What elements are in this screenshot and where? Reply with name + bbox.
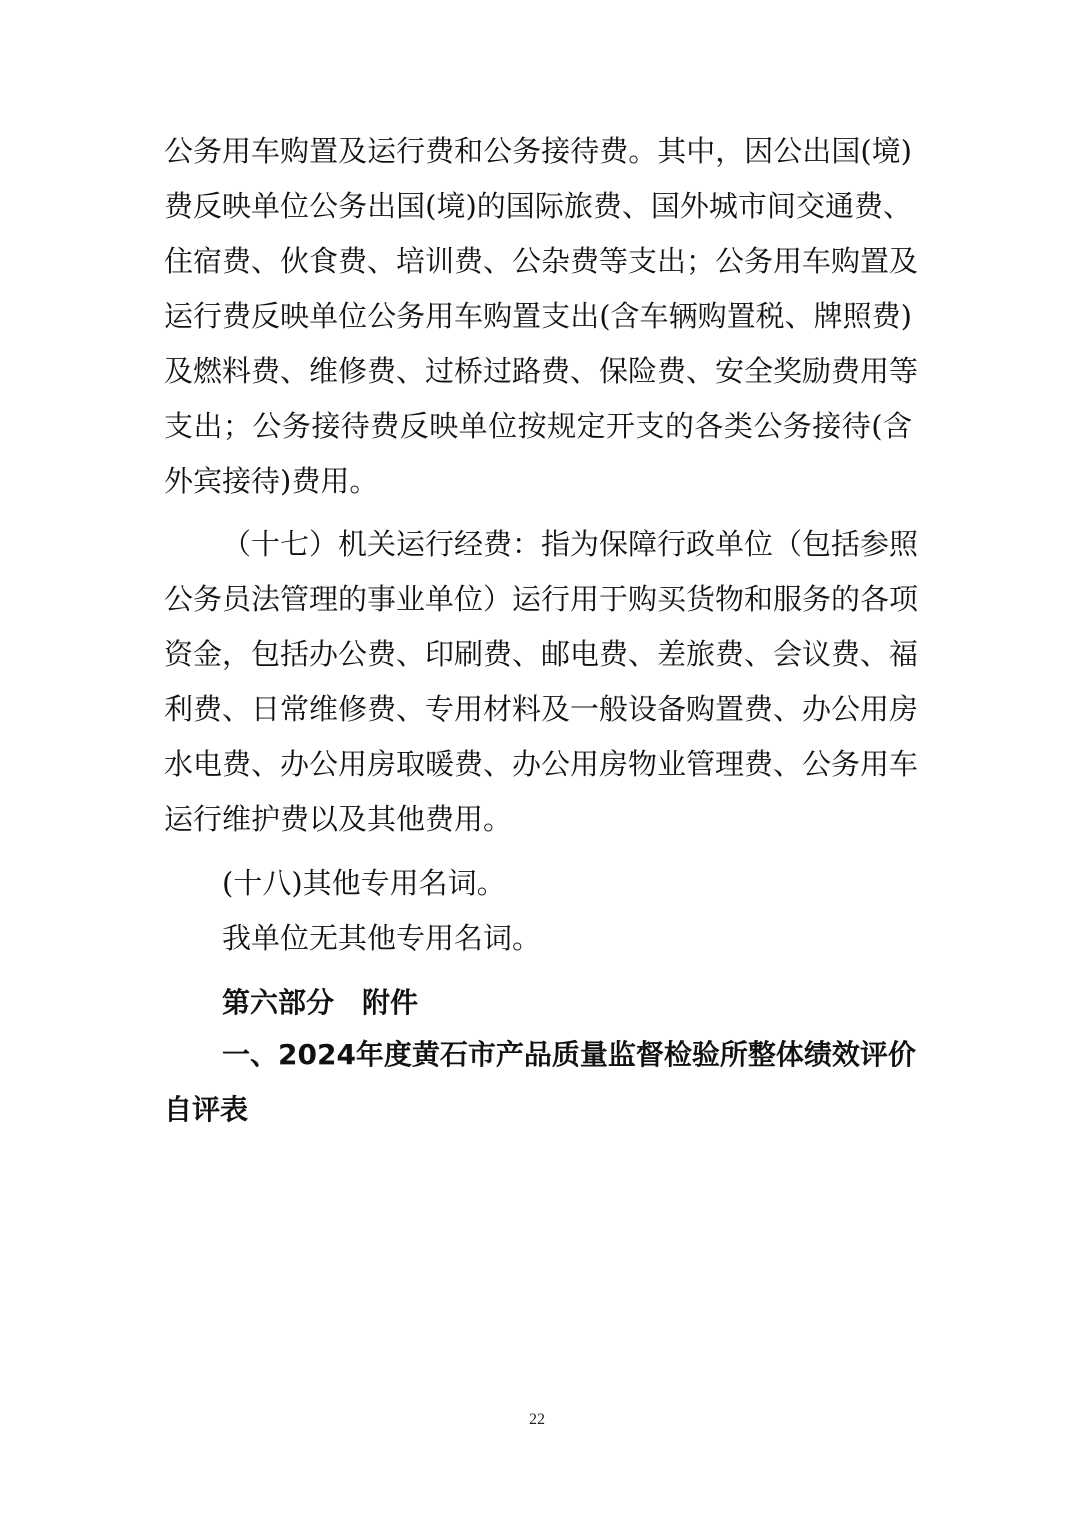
body-text-line: 住宿费、伙食费、培训费、公杂费等支出；公务用车购置及 [164,241,912,281]
body-text-line: 费反映单位公务出国(境)的国际旅费、国外城市间交通费、 [164,186,912,226]
page-number: 22 [0,1410,1074,1430]
body-text-line: 及燃料费、维修费、过桥过路费、保险费、安全奖励费用等 [164,351,912,391]
body-text-line: 运行费反映单位公务用车购置支出(含车辆购置税、牌照费) [164,296,912,336]
attachment-title-line: 一、2024年度黄石市产品质量监督检验所整体绩效评价 [222,1035,912,1075]
document-page: 公务用车购置及运行费和公务接待费。其中，因公出国(境) 费反映单位公务出国(境)… [0,0,1074,1520]
section-item-heading: (十八)其他专用名词。 [222,863,912,903]
body-text-line: 利费、日常维修费、专用材料及一般设备购置费、办公用房 [164,689,912,729]
body-text-line: 支出；公务接待费反映单位按规定开支的各类公务接待(含 [164,406,912,446]
body-text-line: 公务用车购置及运行费和公务接待费。其中，因公出国(境) [164,131,912,171]
body-text-line: 外宾接待)费用。 [164,461,912,501]
body-text-line: 运行维护费以及其他费用。 [164,799,912,839]
section-heading: 第六部分 附件 [222,983,912,1023]
body-text-line: （十七）机关运行经费：指为保障行政单位（包括参照 [222,524,912,564]
body-text-line: 我单位无其他专用名词。 [222,918,912,958]
body-text-line: 资金，包括办公费、印刷费、邮电费、差旅费、会议费、福 [164,634,912,674]
attachment-title-line: 自评表 [164,1090,912,1130]
body-text-line: 公务员法管理的事业单位）运行用于购买货物和服务的各项 [164,579,912,619]
body-text-line: 水电费、办公用房取暖费、办公用房物业管理费、公务用车 [164,744,912,784]
